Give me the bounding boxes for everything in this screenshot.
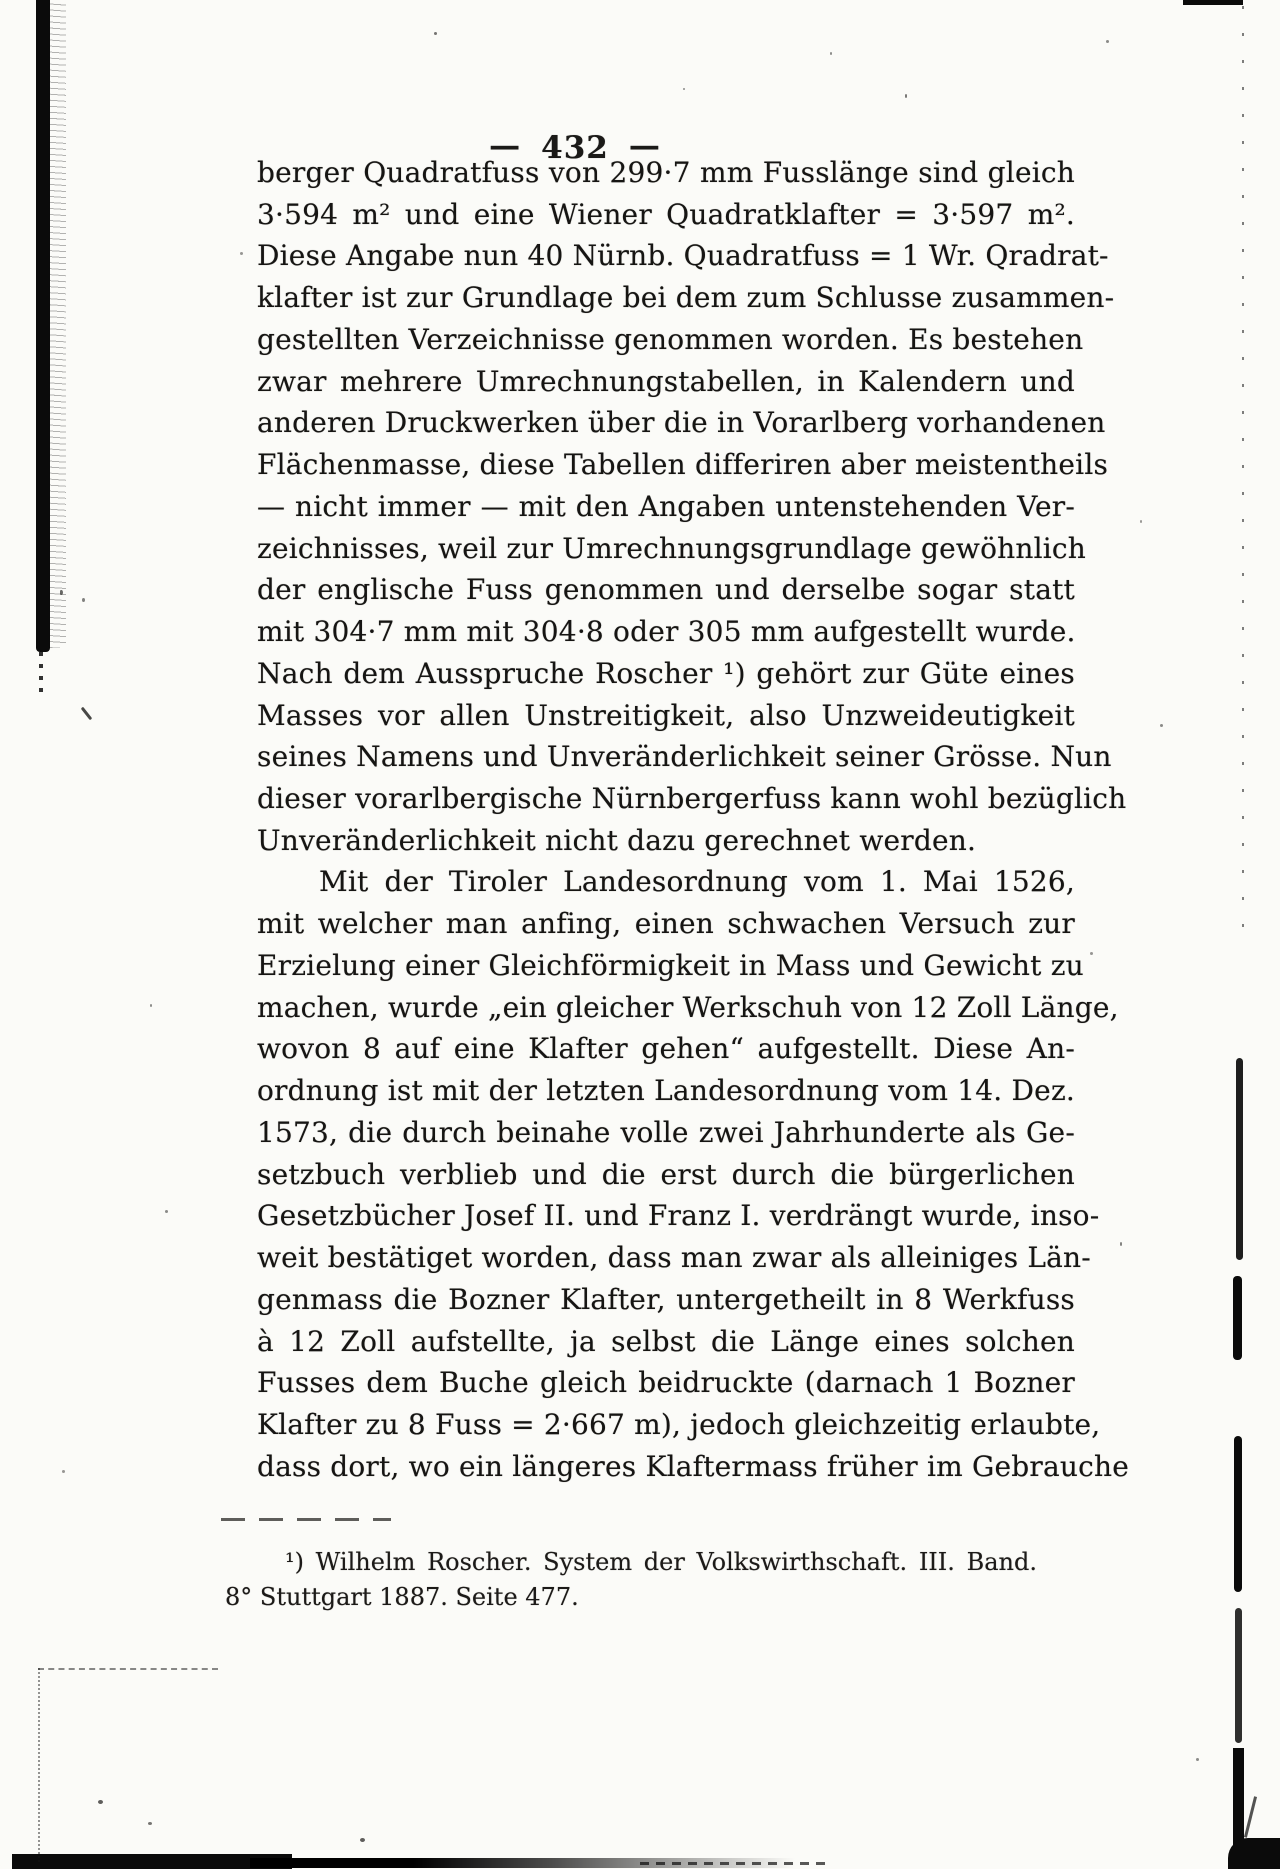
scan-speck (165, 1210, 168, 1213)
bottom-left-dotted-mark (38, 1668, 40, 1862)
scan-speck (60, 590, 63, 595)
bottom-edge-scan-dashes (640, 1862, 830, 1865)
text-line: der englische Fuss genommen und derselbe… (257, 569, 1075, 611)
left-edge-speckle (49, 0, 66, 648)
scan-speck (1120, 1242, 1122, 1246)
bottom-left-dashed-mark (38, 1668, 218, 1670)
text-line: Fusses dem Buche gleich beidruckte (darn… (257, 1362, 1075, 1404)
text-line: weit bestätiget worden, dass man zwar al… (257, 1237, 1075, 1279)
text-line: Nach dem Ausspruche Roscher ¹) gehört zu… (257, 653, 1075, 695)
text-line: Masses vor allen Unstreitigkeit, also Un… (257, 695, 1075, 737)
scan-speck (150, 1004, 152, 1007)
scan-speck (683, 88, 685, 90)
footnote-line: 8° Stuttgart 1887. Seite 477. (225, 1581, 875, 1613)
text-line: Flächenmasse, diese Tabellen differiren … (257, 444, 1075, 486)
text-line: gestellten Verzeichnisse genommen worden… (257, 319, 1075, 361)
scan-speck (905, 94, 907, 98)
text-line: Mit der Tiroler Landesordnung vom 1. Mai… (257, 861, 1075, 903)
text-line: zeichnisses, weil zur Umrechnungsgrundla… (257, 528, 1075, 570)
text-line: wovon 8 auf eine Klafter gehen“ aufgeste… (257, 1028, 1075, 1070)
text-line: Gesetzbücher Josef II. und Franz I. verd… (257, 1195, 1075, 1237)
scan-speck (434, 32, 437, 35)
text-line: setzbuch verblieb und die erst durch die… (257, 1154, 1075, 1196)
body-text: berger Quadratfuss von 299·7 mm Fussläng… (257, 152, 1075, 1488)
text-line: klafter ist zur Grundlage bei dem zum Sc… (257, 277, 1075, 319)
scan-speck (1196, 1758, 1199, 1761)
text-line: dass dort, wo ein längeres Klaftermass f… (257, 1446, 1075, 1488)
text-line: Erzielung einer Gleichförmigkeit in Mass… (257, 945, 1075, 987)
text-line: à 12 Zoll aufstellte, ja selbst die Läng… (257, 1321, 1075, 1363)
scan-speck (360, 1838, 365, 1842)
text-line: anderen Druckwerken über die in Vorarlbe… (257, 402, 1075, 444)
text-line: berger Quadratfuss von 299·7 mm Fussläng… (257, 152, 1075, 194)
text-line: 1573, die durch beinahe volle zwei Jahrh… (257, 1112, 1075, 1154)
right-edge-line-segment (1234, 1436, 1242, 1592)
right-edge-line-segment (1236, 1058, 1243, 1260)
scan-speck (148, 1822, 152, 1825)
text-line: 3·594 m² und eine Wiener Quadratklafter … (257, 194, 1075, 236)
right-edge-line-segment (1233, 1276, 1242, 1360)
text-line: ordnung ist mit der letzten Landesordnun… (257, 1070, 1075, 1112)
text-line: machen, wurde „ein gleicher Werkschuh vo… (257, 987, 1075, 1029)
text-line: seines Namens und Unveränderlichkeit sei… (257, 736, 1075, 778)
text-line: dieser vorarlbergische Nürnbergerfuss ka… (257, 778, 1075, 820)
text-line: — nicht immer — mit den Angaben untenste… (257, 486, 1075, 528)
text-line: Diese Angabe nun 40 Nürnb. Quadratfuss =… (257, 235, 1075, 277)
left-edge-speckle-tail (39, 652, 43, 698)
text-line: genmass die Bozner Klafter, untergetheil… (257, 1279, 1075, 1321)
scanned-book-page: —432— berger Quadratfuss von 299·7 mm Fu… (0, 0, 1280, 1869)
scan-speck (830, 52, 832, 55)
top-right-edge-bar (1183, 0, 1243, 5)
footnote-rule (221, 1518, 391, 1521)
scan-speck (240, 252, 243, 255)
scan-speck (1106, 40, 1109, 43)
bottom-right-ink-blob (1228, 1838, 1280, 1869)
right-edge-dotted-line (1242, 6, 1244, 950)
right-edge-line-segment (1235, 1608, 1242, 1743)
text-line: mit 304·7 mm mit 304·8 oder 305 mm aufge… (257, 611, 1075, 653)
scan-speck (1160, 724, 1163, 727)
text-line: Klafter zu 8 Fuss = 2·667 m), jedoch gle… (257, 1404, 1075, 1446)
scan-speck (98, 1800, 103, 1804)
text-line: mit welcher man anfing, einen schwachen … (257, 903, 1075, 945)
scan-speck (62, 1470, 65, 1473)
footnote-line: ¹) Wilhelm Roscher. System der Volkswirt… (285, 1546, 1037, 1578)
bottom-right-scratch (1244, 1796, 1257, 1837)
scan-speck (81, 707, 93, 721)
scan-speck (82, 598, 85, 602)
scan-speck (1090, 952, 1093, 955)
text-line: zwar mehrere Umrechnungstabellen, in Kal… (257, 361, 1075, 403)
text-line: Unveränderlichkeit nicht dazu gerechnet … (257, 820, 1075, 862)
scan-speck (1140, 520, 1142, 523)
left-edge-scan-bar (36, 0, 50, 652)
